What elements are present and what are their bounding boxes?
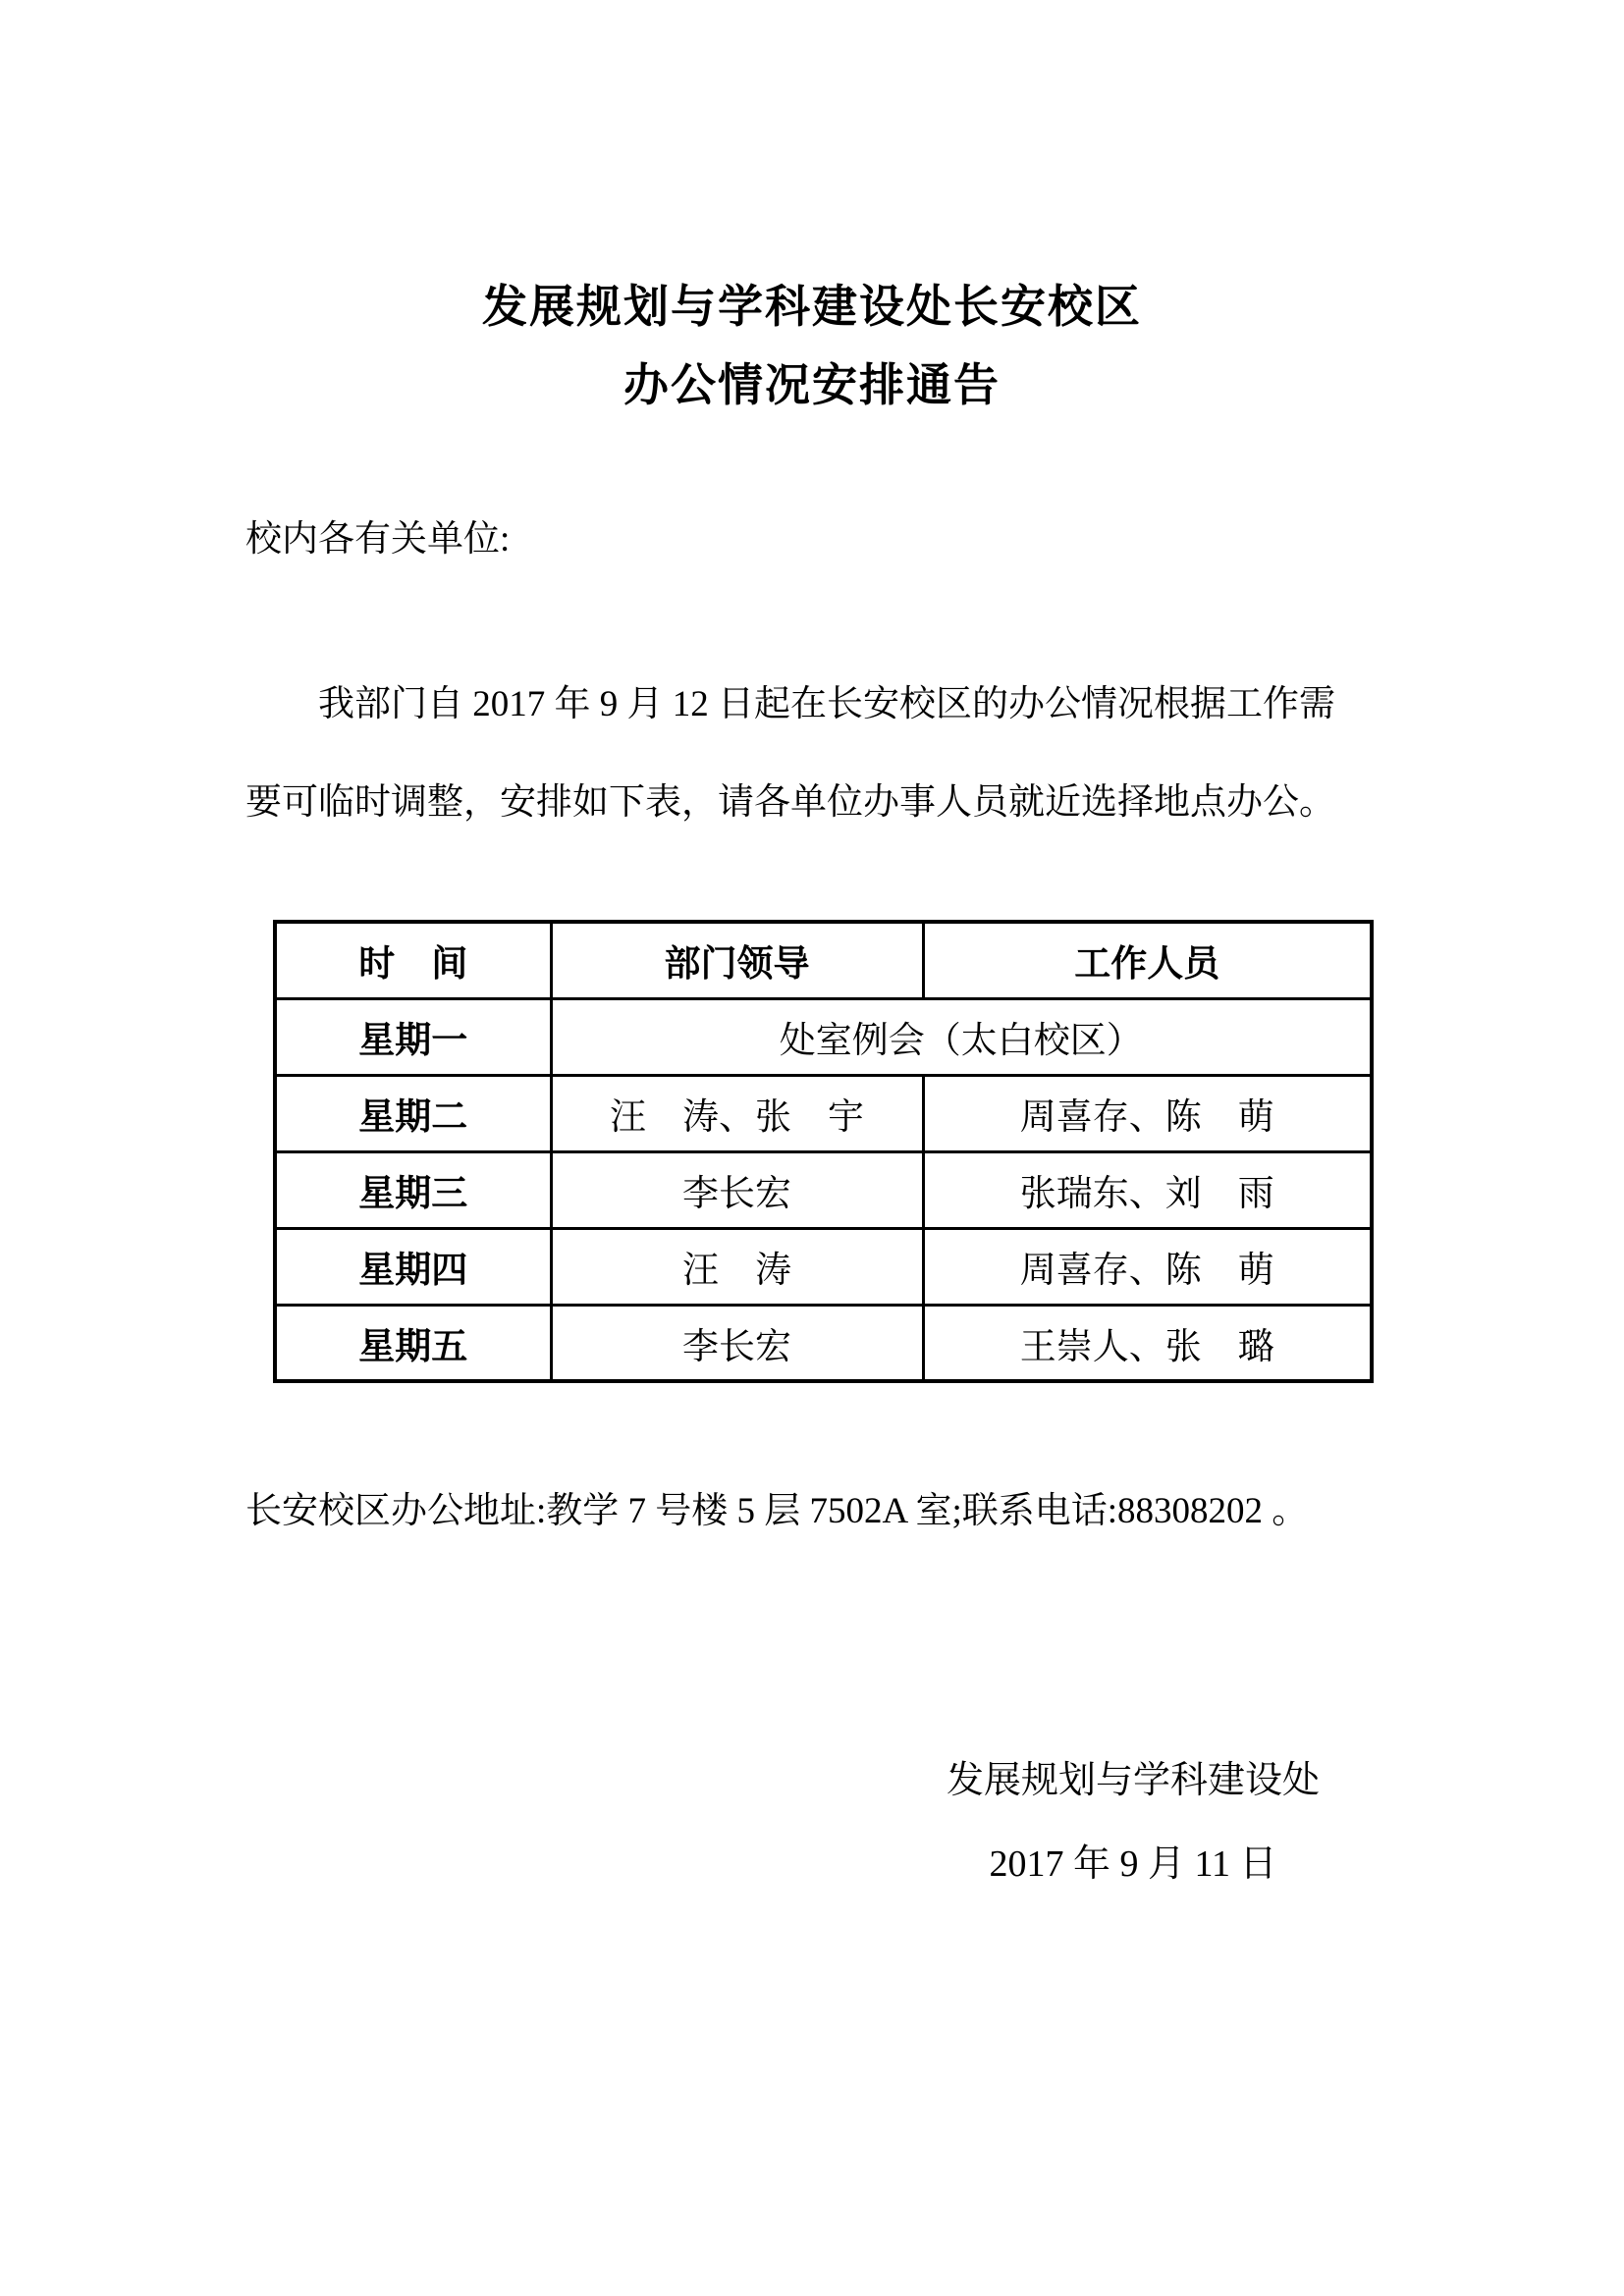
table-row-monday: 星期一 处室例会（太白校区）: [275, 998, 1372, 1075]
signature-block: 发展规划与学科建设处 2017 年 9 月 11 日: [947, 1754, 1320, 1892]
staff-cell: 周喜存、陈 萌: [923, 1075, 1372, 1151]
body-line-2: 要可临时调整，安排如下表，请各单位办事人员就近选择地点办公。: [245, 754, 1379, 852]
day-cell: 星期三: [275, 1151, 551, 1228]
schedule-table-body: 星期一 处室例会（太白校区） 星期二 汪 涛、张 宇 周喜存、陈 萌 星期三 李…: [275, 998, 1372, 1381]
table-row-friday: 星期五 李长宏 王崇人、张 璐: [275, 1305, 1372, 1381]
day-cell: 星期一: [275, 998, 551, 1075]
doc-title-line1: 发展规划与学科建设处长安校区: [245, 267, 1379, 346]
day-cell: 星期五: [275, 1305, 551, 1381]
leader-cell: 汪 涛: [551, 1228, 923, 1305]
day-cell: 星期四: [275, 1228, 551, 1305]
signature-department: 发展规划与学科建设处: [947, 1754, 1320, 1808]
body-line-1: 我部门自 2017 年 9 月 12 日起在长安校区的办公情况根据工作需: [245, 656, 1379, 754]
table-row-tuesday: 星期二 汪 涛、张 宇 周喜存、陈 萌: [275, 1075, 1372, 1151]
header-time: 时 间: [275, 922, 551, 998]
table-row-wednesday: 星期三 李长宏 张瑞东、刘 雨: [275, 1151, 1372, 1228]
staff-cell: 王崇人、张 璐: [923, 1305, 1372, 1381]
address-line: 长安校区办公地址:教学 7 号楼 5 层 7502A 室;联系电话:883082…: [245, 1487, 1379, 1536]
body-paragraph: 我部门自 2017 年 9 月 12 日起在长安校区的办公情况根据工作需 要可临…: [245, 656, 1379, 852]
staff-cell: 张瑞东、刘 雨: [923, 1151, 1372, 1228]
doc-title: 发展规划与学科建设处长安校区 办公情况安排通告: [245, 0, 1379, 424]
merged-activity-cell: 处室例会（太白校区）: [551, 998, 1372, 1075]
header-leaders: 部门领导: [551, 922, 923, 998]
leader-cell: 李长宏: [551, 1305, 923, 1381]
staff-cell: 周喜存、陈 萌: [923, 1228, 1372, 1305]
table-row-thursday: 星期四 汪 涛 周喜存、陈 萌: [275, 1228, 1372, 1305]
header-row: 时 间 部门领导 工作人员: [275, 922, 1372, 998]
office-schedule-table: 时 间 部门领导 工作人员 星期一 处室例会（太白校区） 星期二 汪 涛、张 宇…: [273, 920, 1374, 1383]
doc-title-line2: 办公情况安排通告: [245, 346, 1379, 424]
leader-cell: 李长宏: [551, 1151, 923, 1228]
day-cell: 星期二: [275, 1075, 551, 1151]
header-staff: 工作人员: [923, 922, 1372, 998]
leader-cell: 汪 涛、张 宇: [551, 1075, 923, 1151]
document-page: 发展规划与学科建设处长安校区 办公情况安排通告 校内各有关单位: 我部门自 20…: [0, 0, 1624, 2296]
salutation: 校内各有关单位:: [245, 515, 1379, 564]
schedule-table-header: 时 间 部门领导 工作人员: [275, 922, 1372, 998]
signature-date: 2017 年 9 月 11 日: [947, 1838, 1320, 1892]
